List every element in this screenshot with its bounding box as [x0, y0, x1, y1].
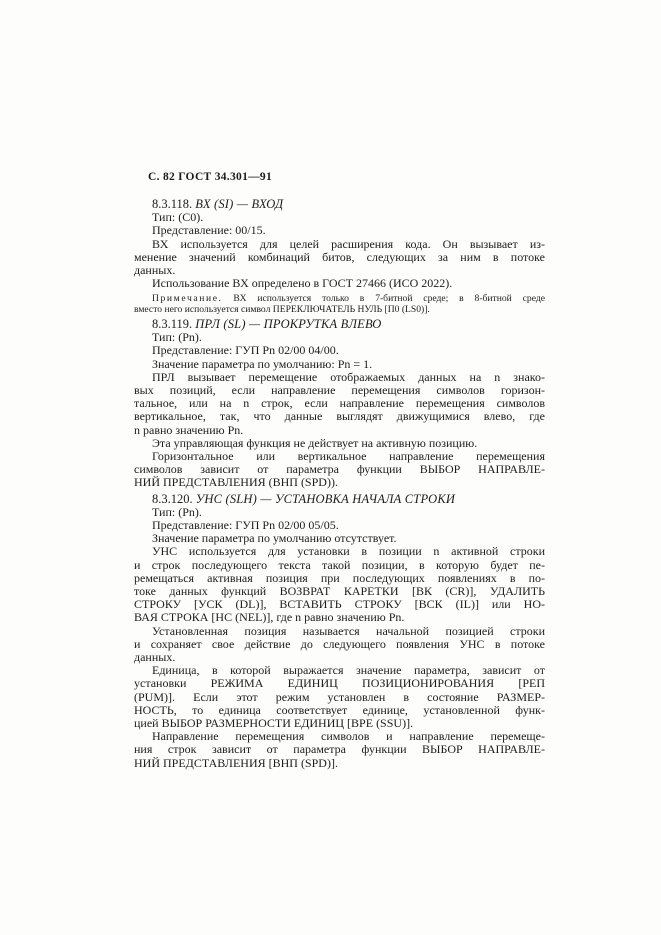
section-title: ВХ (SI) — ВХОД	[195, 197, 283, 211]
text-line: (PUM)]. Если этот режим установлен в сос…	[134, 691, 545, 704]
text-line: менение значений комбинаций битов, следу…	[134, 251, 545, 264]
text-line: ния строк зависит от параметра функции В…	[134, 743, 545, 756]
text-line: Установленная позиция называется начальн…	[134, 625, 545, 638]
section-title: УНС (SLH) — УСТАНОВКА НАЧАЛА СТРОКИ	[196, 492, 455, 506]
text-line: НИЙ ПРЕДСТАВЛЕНИЯ [ВНП (SPD)].	[134, 757, 545, 770]
text-line: n равно значению Pn.	[134, 424, 545, 437]
section-title: ПРЛ (SL) — ПРОКРУТКА ВЛЕВО	[195, 317, 381, 331]
text-line: Эта управляющая функция не действует на …	[134, 437, 545, 450]
text-line: НИЙ ПРЕДСТАВЛЕНИЯ (ВНП (SPD)).	[134, 476, 545, 489]
note-label: Примечание.	[152, 293, 223, 304]
note-line: Примечание. ВХ используется только в 7-б…	[134, 293, 545, 304]
text-line: и строк последующего текста такой позици…	[134, 559, 545, 572]
text-line: ВХ используется для целей расширения код…	[134, 238, 545, 251]
section-heading: 8.3.120. УНС (SLH) — УСТАНОВКА НАЧАЛА СТ…	[134, 493, 545, 506]
text-line: Тип: (Pn).	[134, 506, 545, 519]
page-header: С. 82 ГОСТ 34.301—91	[148, 171, 272, 183]
document-lines: 8.3.118. ВХ (SI) — ВХОДТип: (С0).Предста…	[134, 198, 545, 770]
scanned-document-page: С. 82 ГОСТ 34.301—91 8.3.118. ВХ (SI) — …	[0, 0, 661, 935]
section-number: 8.3.120.	[152, 492, 196, 506]
text-line: Представление: ГУП Pn 02/00 04/00.	[134, 344, 545, 357]
text-line: УНС используется для установки в позиции…	[134, 545, 545, 558]
text-line: и сохраняет свое действие до следующего …	[134, 638, 545, 651]
text-line: Представление: 00/15.	[134, 224, 545, 237]
section-number: 8.3.119.	[152, 317, 195, 331]
text-line: Использование ВХ определено в ГОСТ 27466…	[134, 277, 545, 290]
text-line: ПРЛ вызывает перемещение отображаемых да…	[134, 371, 545, 384]
section-number: 8.3.118.	[152, 197, 195, 211]
note-line: вместо него используется символ ПЕРЕКЛЮЧ…	[134, 304, 545, 315]
text-line: Значение параметра по умолчанию: Pn = 1.	[134, 358, 545, 371]
text-line: вертикальное, так, что данные выглядят д…	[134, 410, 545, 423]
text-line: ремещаться активная позиция при последую…	[134, 572, 545, 585]
text-line: ВАЯ СТРОКА [НС (NEL)], где n равно значе…	[134, 611, 545, 624]
text-line: установки РЕЖИМА ЕДИНИЦ ПОЗИЦИОНИРОВАНИЯ…	[134, 677, 545, 690]
